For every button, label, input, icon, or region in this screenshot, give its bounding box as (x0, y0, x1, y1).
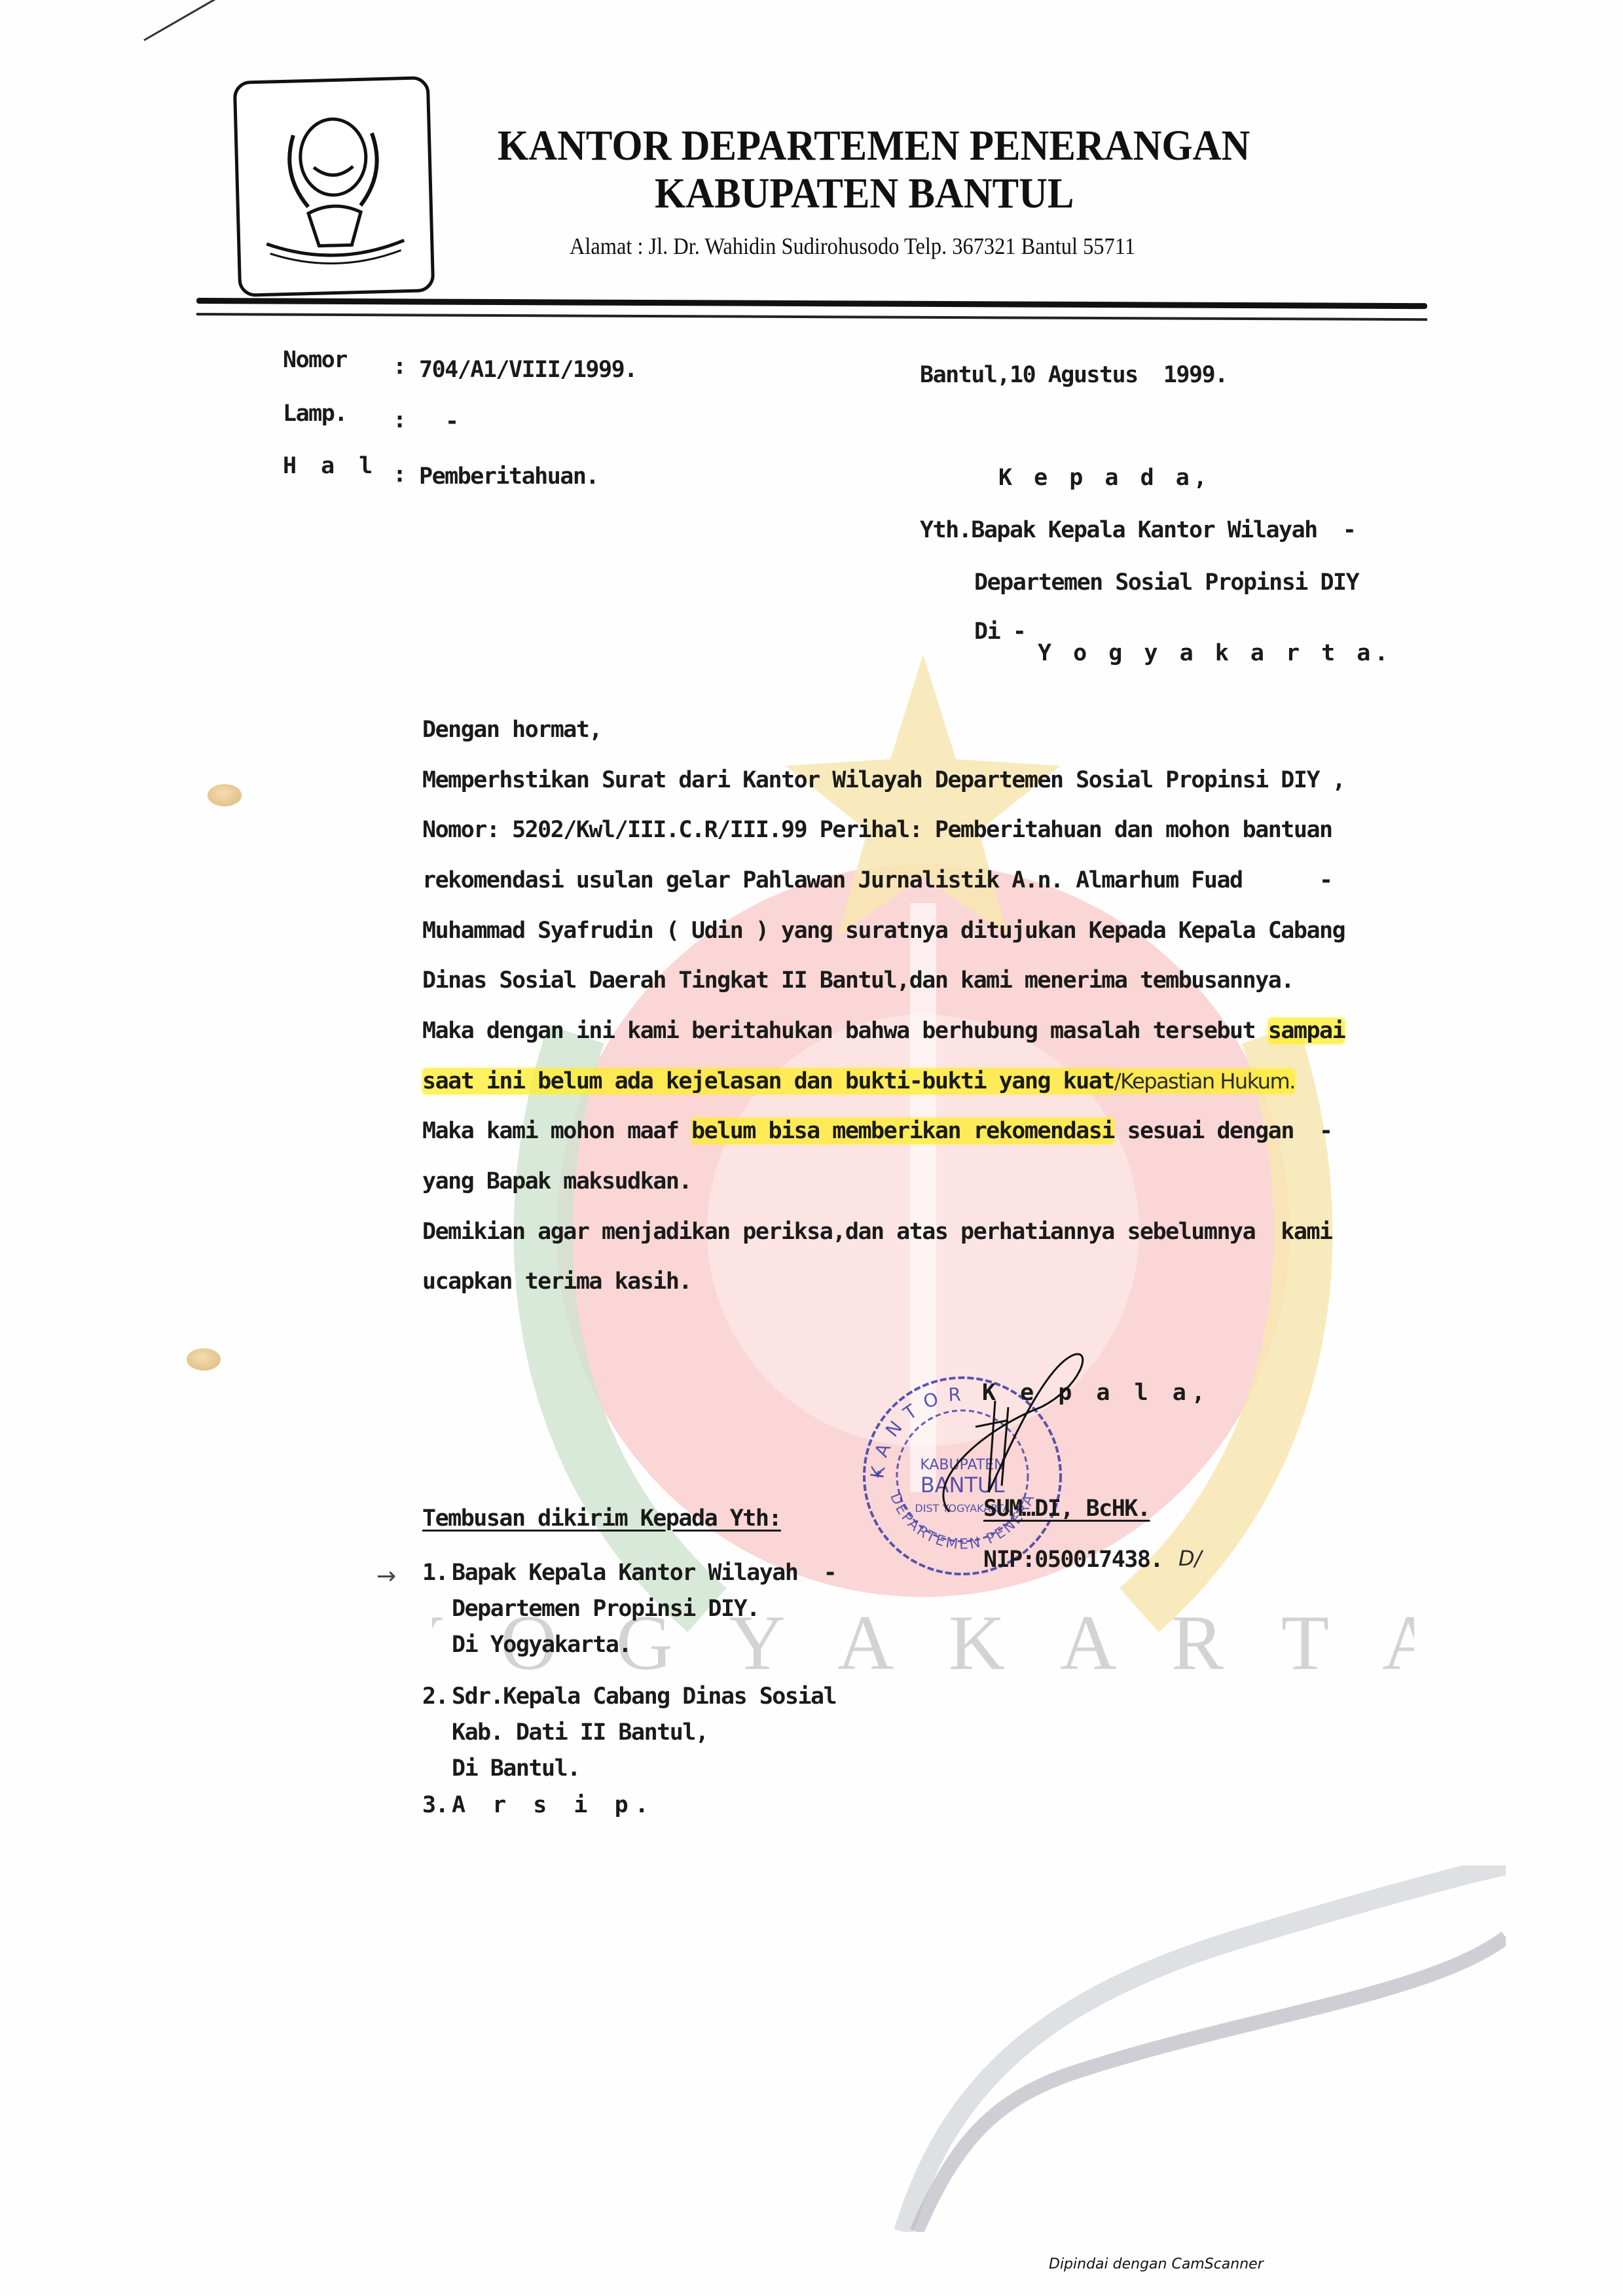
closing-line-2: ucapkan terima kasih. (422, 1268, 691, 1295)
closing-line-1: Demikian agar menjadikan periksa,dan ata… (422, 1219, 1332, 1245)
tembusan-heading: Tembusan dikirim Kepada Yth: (422, 1505, 781, 1532)
tembusan-item-2-num: 2. (422, 1683, 448, 1710)
tembusan-item-1-line3: Di Yogyakarta. (452, 1632, 631, 1658)
handwritten-arrow-icon: → (376, 1563, 396, 1590)
signatory-name-text: SUM…DI, BcHK. (983, 1496, 1150, 1522)
punch-hole-bottom (187, 1348, 221, 1371)
scan-edge-line (143, 0, 292, 41)
body-line-6-text: Maka dengan ini kami beritahukan bahwa b… (422, 1018, 1268, 1044)
hal-value: Pemberitahuan. (419, 463, 598, 490)
highlighted-phrase: sampai (1268, 1018, 1345, 1044)
tembusan-item-2-line3: Di Bantul. (452, 1755, 580, 1782)
recipient-di: Di - (974, 619, 1025, 645)
logo-frame (233, 76, 435, 297)
signatory-nip: NIP:050017438. (983, 1547, 1163, 1573)
scanner-watermark-note: Dipindai dengan CamScanner (1049, 2256, 1264, 2272)
lamp-label: Lamp. (283, 401, 347, 427)
tembusan-item-2-line2: Kab. Dati II Bantul, (452, 1719, 708, 1746)
highlighted-phrase: saat ini belum ada kejelasan dan bukti-b… (422, 1068, 1114, 1094)
recipient-line1: Yth.Bapak Kepala Kantor Wilayah - (920, 517, 1355, 543)
hal-label: H a l (283, 453, 378, 479)
body-line-3: rekomendasi usulan gelar Pahlawan Jurnal… (422, 867, 1332, 893)
body-line-6: Maka dengan ini kami beritahukan bahwa b… (422, 1018, 1345, 1044)
paper-curl-shadow-icon (851, 1865, 1506, 2232)
tembusan-item-1-num: 1. (422, 1560, 448, 1586)
nomor-colon: : (393, 353, 406, 380)
letterhead-rule-thin (196, 313, 1427, 321)
body-line-8-pre: Maka kami mohon maaf (422, 1118, 691, 1144)
org-address: Alamat : Jl. Dr. Wahidin Sudirohusodo Te… (570, 232, 1135, 260)
initial-mark: D/ (1178, 1546, 1201, 1571)
signatory-name: SUM…DI, BcHK. (983, 1496, 1150, 1522)
punch-hole-top (208, 784, 242, 806)
tembusan-item-3-line1: A r s i p. (452, 1792, 655, 1818)
lamp-colon: : (393, 407, 406, 433)
salutation: Dengan hormat, (422, 717, 602, 743)
body-line-8-post: sesuai dengan - (1114, 1118, 1332, 1144)
tembusan-item-2-line1: Sdr.Kepala Cabang Dinas Sosial (452, 1683, 836, 1710)
body-line-1: Memperhstikan Surat dari Kantor Wilayah … (422, 767, 1345, 793)
handwritten-annotation: /Kepastian Hukum. (1114, 1069, 1295, 1094)
hal-colon: : (393, 461, 406, 488)
org-name-line2: KABUPATEN BANTUL (655, 169, 1438, 219)
body-line-2: Nomor: 5202/Kwl/III.C.R/III.99 Perihal: … (422, 817, 1332, 843)
body-line-5: Dinas Sosial Daerah Tingkat II Bantul,da… (422, 967, 1294, 994)
body-line-4: Muhammad Syafrudin ( Udin ) yang suratny… (422, 918, 1345, 944)
org-name-line1: KANTOR DEPARTEMEN PENERANGAN (498, 121, 1281, 171)
tembusan-item-1-line1: Bapak Kepala Kantor Wilayah - (452, 1560, 836, 1586)
recipient-city: Y o g y a k a r t a. (1038, 640, 1392, 666)
body-line-7: saat ini belum ada kejelasan dan bukti-b… (422, 1068, 1295, 1094)
recipient-line2: Departemen Sosial Propinsi DIY (974, 569, 1359, 596)
highlighted-phrase: belum bisa memberikan rekomendasi (691, 1118, 1114, 1144)
body-line-9: yang Bapak maksudkan. (422, 1168, 691, 1194)
nomor-label: Nomor (283, 347, 347, 373)
letter-date: Bantul,10 Agustus 1999. (920, 362, 1228, 388)
tembusan-item-3-num: 3. (422, 1792, 448, 1818)
tembusan-heading-text: Tembusan dikirim Kepada Yth: (422, 1505, 781, 1532)
svg-text:*: * (874, 1468, 882, 1486)
nomor-value: 704/A1/VIII/1999. (419, 357, 637, 383)
letterhead-rule-thick (196, 298, 1427, 309)
tembusan-item-1-line2: Departemen Propinsi DIY. (452, 1596, 759, 1622)
departemen-penerangan-emblem-icon (249, 93, 418, 280)
scanned-letter-page: Y O G Y A K A R T A KANTOR DEPARTEMEN PE… (0, 0, 1623, 2296)
kepada-label: K e p a d a, (998, 465, 1211, 491)
lamp-value: - (445, 408, 458, 435)
body-line-8: Maka kami mohon maaf belum bisa memberik… (422, 1118, 1332, 1144)
